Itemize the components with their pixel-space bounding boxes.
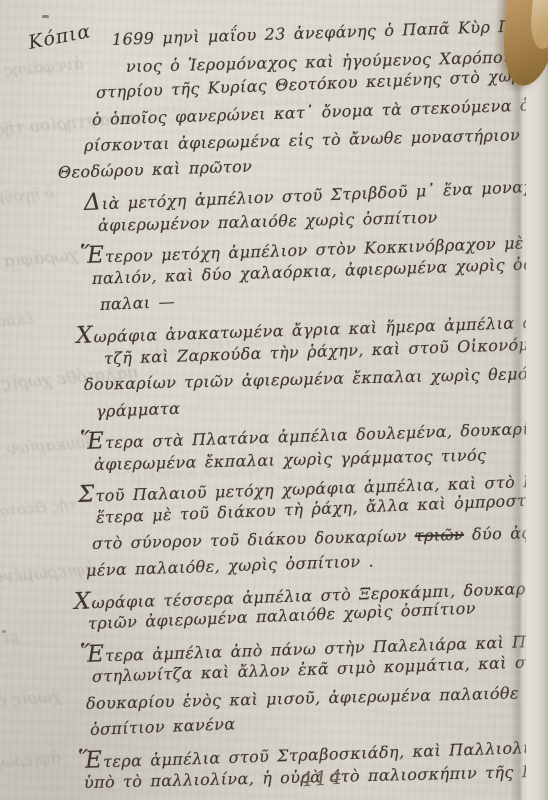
line-pre-text: στὸ σύνορον τοῦ διάκου δουκαρίων <box>92 526 415 553</box>
margin-note: Κόπια <box>26 20 92 54</box>
manuscript-line: γράμματα <box>96 399 181 421</box>
bleedthrough-text: χωράφια ἀμπέλια <box>0 245 79 278</box>
ink-speck <box>2 630 6 633</box>
manuscript-line: ὀσπίτιον κανένα <box>90 714 236 739</box>
manuscript-page: ἀνεφάνης ὁ παπᾶ μοναστηρίου τῆς Παναγίας… <box>0 0 548 800</box>
manuscript-line: στὸ σύνορον τοῦ διάκου δουκαρίων τριῶν δ… <box>92 522 548 553</box>
page-corner-fold-highlight <box>529 0 548 50</box>
bleedthrough-text: τῆς Θεοτόκου <box>0 495 78 522</box>
bleedthrough-text: ἀφιερωμένα <box>0 748 61 776</box>
manuscript-line: δουκαρίων τριῶν ἀφιερωμένα ἔκπαλαι χωρὶς… <box>84 363 548 394</box>
page-number: 414 <box>299 764 345 791</box>
bleedthrough-text: ὁ ἡγούμενος <box>0 184 55 210</box>
bleedthrough-text: χωρὶς ὀσπίτιον <box>0 686 63 717</box>
bleedthrough-text: ἀνεφάνης ὁ παπᾶ <box>0 54 84 85</box>
manuscript-line: 1699 μηνὶ μαΐου 23 ἀνεφάνης ὁ Παπᾶ Κὺρ Π… <box>112 15 548 49</box>
manuscript-line: ρίσκονται ἀφιερωμένα εἰς τὸ ἄνωθε μοναστ… <box>84 123 548 155</box>
struck-word: τριῶν <box>414 525 464 545</box>
manuscript-line: Θεοδώρου καὶ πρῶτον <box>58 157 253 182</box>
bleedthrough-text: ἔκπαλαι <box>0 309 34 332</box>
manuscript-line: δουκαρίου ἑνὸς καὶ μισοῦ, ἀφιερωμένα παλ… <box>86 682 548 713</box>
ink-speck <box>42 15 49 18</box>
page-edge <box>526 0 548 800</box>
manuscript-line: παλαι — <box>100 292 176 314</box>
manuscript-line: μένα παλαιόθε, χωρὶς ὀσπίτιον . <box>86 551 375 580</box>
